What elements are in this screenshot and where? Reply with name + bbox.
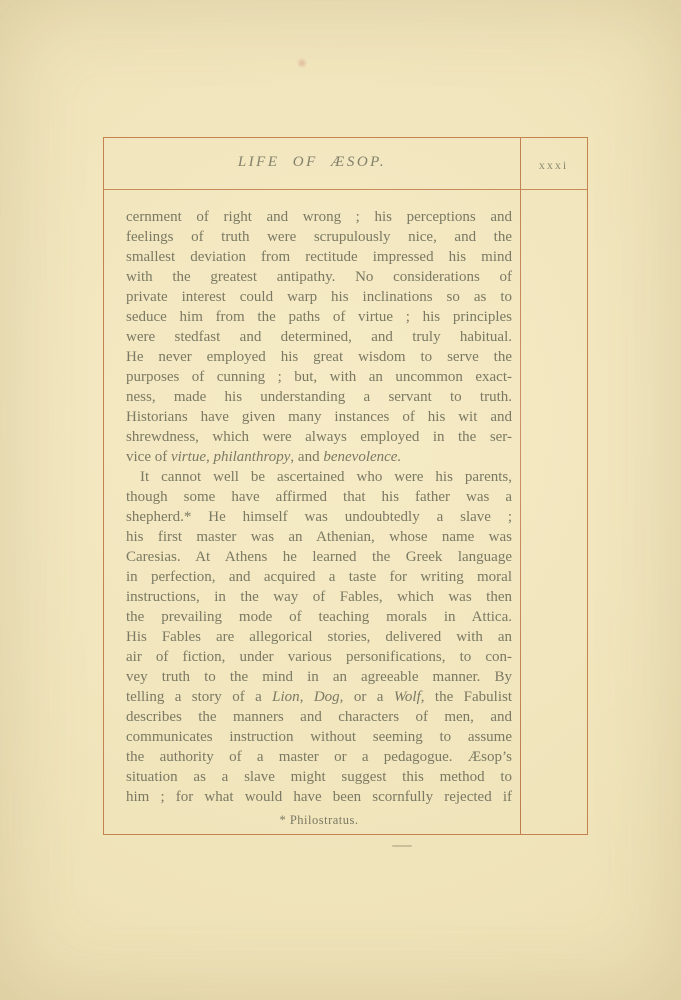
text-line: smallest deviation from rectitude impres…	[126, 247, 512, 267]
paper-stain	[296, 58, 308, 68]
text-line: were stedfast and determined, and truly …	[126, 327, 512, 347]
page-body: cernment of right and wrong ; his percep…	[126, 207, 512, 830]
body-text: air of fiction, under various personific…	[126, 649, 512, 665]
text-line: instructions, in the way of Fables, whic…	[126, 587, 512, 607]
body-text: or a	[343, 689, 393, 705]
text-line: though some have affirmed that his fathe…	[126, 487, 512, 507]
text-line: communicates instruction without seeming…	[126, 727, 512, 747]
text-line: ness, made his understanding a servant t…	[126, 387, 512, 407]
body-text: ness, made his understanding a servant t…	[126, 389, 512, 405]
body-text: though some have affirmed that his fathe…	[126, 489, 512, 505]
page-frame: LIFE OF ÆSOP. xxxi cernment of right and…	[103, 137, 588, 835]
body-text: in perfection, and acquired a taste for …	[126, 569, 512, 585]
italic-text: Lion	[272, 689, 300, 705]
italic-text: virtue, philanthropy	[171, 449, 290, 465]
smudge-mark	[392, 845, 412, 847]
text-line: describes the manners and characters of …	[126, 707, 512, 727]
text-line: It cannot well be ascertained who were h…	[126, 467, 512, 487]
text-line: seduce him from the paths of virtue ; hi…	[126, 307, 512, 327]
body-text: private interest could warp his inclinat…	[126, 289, 512, 305]
page-number-cell: xxxi	[520, 138, 587, 189]
text-line: vey truth to the mind in an agreeable ma…	[126, 667, 512, 687]
body-text: with the greatest antipathy. No consider…	[126, 269, 512, 285]
text-line: cernment of right and wrong ; his percep…	[126, 207, 512, 227]
text-line: his first master was an Athenian, whose …	[126, 527, 512, 547]
body-text: the prevailing mode of teaching morals i…	[126, 609, 512, 625]
body-text: vey truth to the mind in an agreeable ma…	[126, 669, 512, 685]
text-line: him ; for what would have been scornfull…	[126, 787, 512, 807]
text-line: shepherd.* He himself was undoubtedly a …	[126, 507, 512, 527]
body-text: feelings of truth were scrupulously nice…	[126, 229, 512, 245]
body-text: vice of	[126, 449, 171, 465]
scanned-book-page: LIFE OF ÆSOP. xxxi cernment of right and…	[0, 0, 681, 1000]
running-title-cell: LIFE OF ÆSOP.	[104, 138, 520, 189]
page-header: LIFE OF ÆSOP. xxxi	[104, 138, 587, 189]
text-line: situation as a slave might suggest this …	[126, 767, 512, 787]
text-line: vice of virtue, philanthropy, and benevo…	[126, 447, 512, 467]
text-line: air of fiction, under various personific…	[126, 647, 512, 667]
body-text: shrewdness, which were always employed i…	[126, 429, 512, 445]
body-text: , and	[290, 449, 323, 465]
body-text: seduce him from the paths of virtue ; hi…	[126, 309, 512, 325]
body-text: smallest deviation from rectitude impres…	[126, 249, 512, 265]
text-line: purposes of cunning ; but, with an uncom…	[126, 367, 512, 387]
body-text: It cannot well be ascertained who were h…	[140, 469, 512, 485]
body-text: His Fables are allegorical stories, deli…	[126, 629, 512, 645]
body-text: communicates instruction without seeming…	[126, 729, 512, 745]
text-line: the authority of a master or a pedagogue…	[126, 747, 512, 767]
italic-text: benevolence.	[323, 449, 401, 465]
body-text: describes the manners and characters of …	[126, 709, 512, 725]
text-line: telling a story of a Lion, Dog, or a Wol…	[126, 687, 512, 707]
italic-text: Wolf,	[394, 689, 425, 705]
text-line: shrewdness, which were always employed i…	[126, 427, 512, 447]
page-number: xxxi	[539, 158, 568, 172]
body-text: shepherd.* He himself was undoubtedly a …	[126, 509, 512, 525]
text-line: feelings of truth were scrupulously nice…	[126, 227, 512, 247]
text-line: with the greatest antipathy. No consider…	[126, 267, 512, 287]
body-text: him ; for what would have been scornfull…	[126, 789, 512, 805]
body-text: situation as a slave might suggest this …	[126, 769, 512, 785]
text-line: the prevailing mode of teaching morals i…	[126, 607, 512, 627]
body-text: cernment of right and wrong ; his percep…	[126, 209, 512, 225]
body-text: Caresias. At Athens he learned the Greek…	[126, 549, 512, 565]
body-text: his first master was an Athenian, whose …	[126, 529, 512, 545]
body-text: telling a story of a	[126, 689, 272, 705]
running-title: LIFE OF ÆSOP.	[238, 154, 386, 170]
body-text: the Fabulist	[425, 689, 512, 705]
text-line: in perfection, and acquired a taste for …	[126, 567, 512, 587]
body-text: purposes of cunning ; but, with an uncom…	[126, 369, 512, 385]
text-line: Caresias. At Athens he learned the Greek…	[126, 547, 512, 567]
text-line: private interest could warp his inclinat…	[126, 287, 512, 307]
body-paragraphs: cernment of right and wrong ; his percep…	[126, 207, 512, 807]
body-text: Historians have given many instances of …	[126, 409, 512, 425]
body-text: He never employed his great wisdom to se…	[126, 349, 512, 365]
italic-text: Dog,	[314, 689, 344, 705]
text-line: Historians have given many instances of …	[126, 407, 512, 427]
body-text: were stedfast and determined, and truly …	[126, 329, 512, 345]
text-line: He never employed his great wisdom to se…	[126, 347, 512, 367]
body-text: the authority of a master or a pedagogue…	[126, 749, 512, 765]
body-text: instructions, in the way of Fables, whic…	[126, 589, 512, 605]
footnote: * Philostratus.	[126, 810, 512, 830]
header-rule	[104, 189, 587, 190]
body-text: ,	[300, 689, 314, 705]
column-divider-line	[520, 138, 521, 834]
text-line: His Fables are allegorical stories, deli…	[126, 627, 512, 647]
